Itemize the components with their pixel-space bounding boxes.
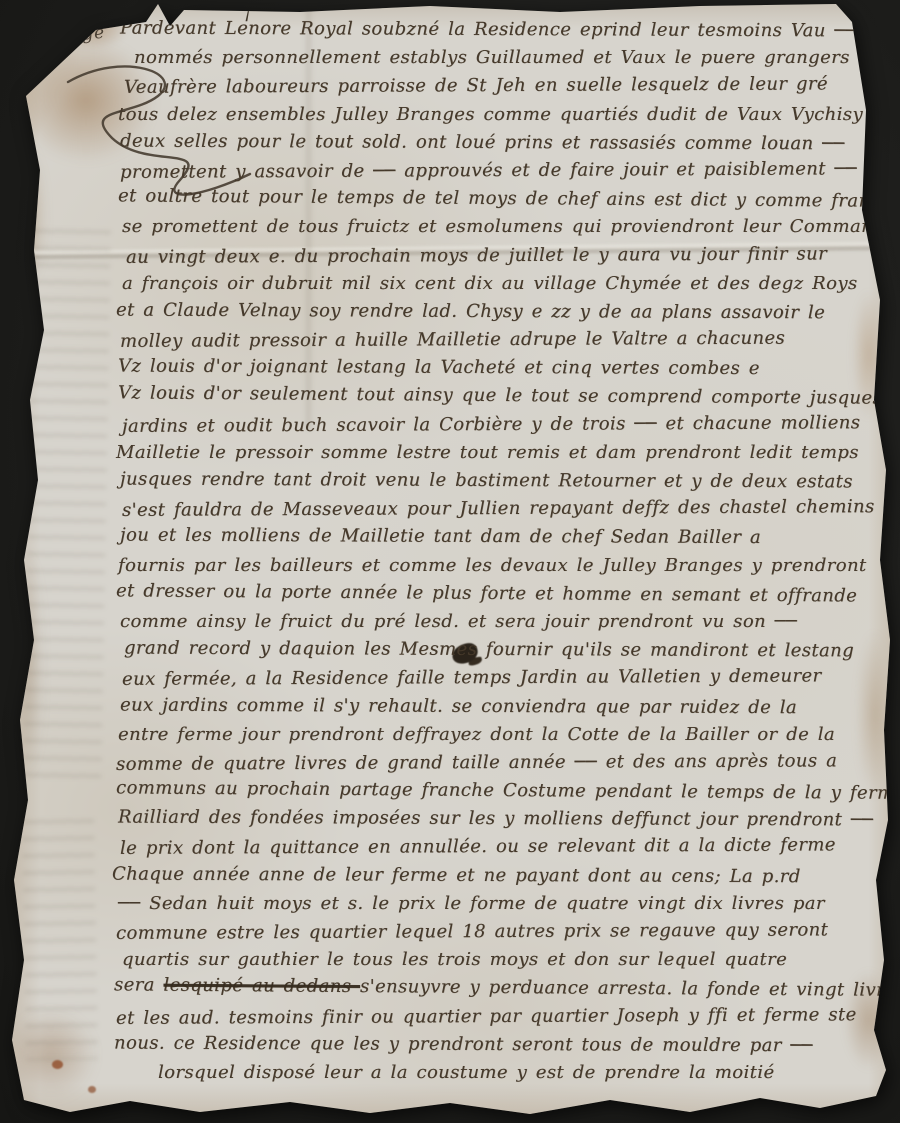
manuscript-line: le prix dont la quittance en annullée. o… — [120, 832, 878, 864]
manuscript-line: Chaque année anne de leur ferme et ne pa… — [112, 860, 878, 891]
manuscript-line: Veaufrère laboureurs parroisse de St Jeh… — [124, 71, 878, 103]
manuscript-line: jusques rendre tant droit venu le bastim… — [120, 466, 878, 497]
manuscript-line: somme de quatre livres de grand taille a… — [116, 747, 878, 779]
manuscript-line: sera lesquipé au dedans s'ensuyvre y per… — [114, 972, 878, 1006]
stain-left-edge-lower — [12, 550, 42, 780]
rust-spot — [52, 1060, 63, 1069]
manuscript-line: jou et les molliens de Mailletie tant da… — [120, 522, 878, 553]
verso-ink-showthrough — [23, 229, 111, 790]
manuscript-line: Vz louis d'or seulement tout ainsy que l… — [118, 380, 878, 413]
manuscript-line: deux selles pour le tout sold. ont loué … — [120, 127, 878, 158]
manuscript-line: molley audit pressoir a huille Mailletie… — [120, 324, 878, 356]
manuscript-line: comme ainsy le fruict du pré lesd. et se… — [120, 608, 878, 636]
manuscript-line: et dresser ou la porte année le plus for… — [116, 577, 878, 611]
photo-background: 1e page † Pardevant Lenore Royal soubzné… — [0, 0, 900, 1123]
manuscript-line: nous. ce Residence que les y prendront s… — [114, 1029, 878, 1060]
manuscript-line: eux fermée, a la Residence faille temps … — [122, 662, 878, 694]
manuscript-line: et les aud. tesmoins finir ou quartier p… — [116, 1001, 878, 1033]
manuscript-line: ── Sedan huit moys et s. le prix le form… — [118, 890, 878, 918]
manuscript-text: Pardevant Lenore Royal soubzné la Reside… — [112, 16, 878, 1087]
manuscript-line: Pardevant Lenore Royal soubzné la Reside… — [120, 15, 878, 46]
manuscript-line: fournis par les bailleurs et comme les d… — [118, 552, 878, 580]
manuscript-line: eux jardins comme il s'y rehault. se con… — [120, 691, 878, 722]
manuscript-line: nommés personnellement establys Guillaum… — [134, 44, 878, 72]
manuscript-line: lorsquel disposé leur a la coustume y es… — [158, 1059, 878, 1087]
manuscript-paper: 1e page † Pardevant Lenore Royal soubzné… — [0, 0, 900, 1123]
manuscript-line: tous delez ensembles Julley Branges comm… — [118, 101, 878, 129]
manuscript-line: Mailletie le pressoir somme lestre tout … — [116, 439, 878, 467]
manuscript-line: se promettent de tous fruictz et esmolum… — [122, 213, 878, 241]
manuscript-line: grand record y daquion les Mesmes fourni… — [124, 635, 878, 666]
paper-wrap: 1e page † Pardevant Lenore Royal soubzné… — [0, 0, 900, 1123]
manuscript-line: commune estre les quartier lequel 18 aut… — [116, 916, 878, 948]
manuscript-line: a françois oir dubruit mil six cent dix … — [122, 270, 878, 298]
manuscript-line: s'est fauldra de Masseveaux pour Jullien… — [122, 493, 878, 525]
manuscript-line: et a Claude Velnay soy rendre lad. Chysy… — [116, 296, 878, 327]
manuscript-line: au vingt deux e. du prochain moys de jui… — [126, 240, 878, 272]
manuscript-line: et oultre tout pour le temps de tel moys… — [118, 182, 878, 215]
verso-ink-showthrough — [22, 819, 98, 1060]
margin-page-note: 1e page — [29, 23, 106, 49]
rust-spot — [88, 1086, 96, 1093]
manuscript-line: jardins et oudit buch scavoir la Corbièr… — [122, 409, 878, 441]
manuscript-line: entre ferme jour prendront deffrayez don… — [118, 721, 878, 749]
stain-left-edge-upper — [6, 140, 46, 290]
manuscript-line: quartis sur gauthier le tous les trois m… — [122, 946, 878, 974]
manuscript-line: communs au prochain partage franche Cost… — [116, 774, 878, 808]
manuscript-line: Railliard des fondées imposées sur les y… — [118, 804, 878, 835]
stain-bottom-left-corner — [6, 1010, 96, 1100]
